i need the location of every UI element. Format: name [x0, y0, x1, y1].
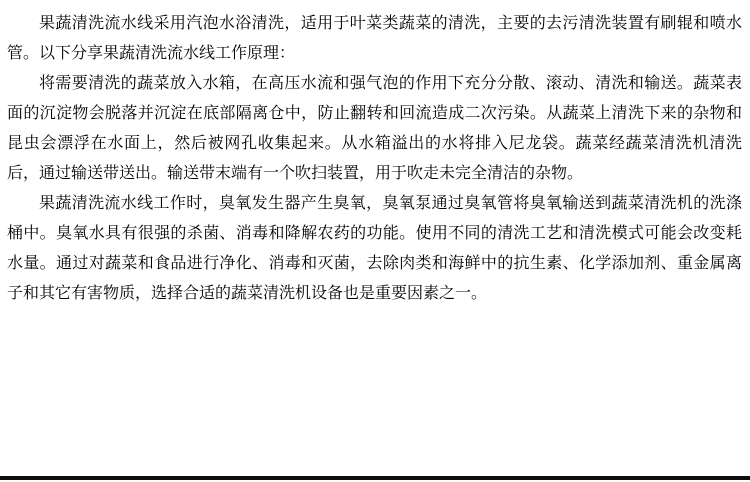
paragraph-ozone-disinfection: 果蔬清洗流水线工作时，臭氧发生器产生臭氧，臭氧泵通过臭氧管将臭氧输送到蔬菜清洗机… — [7, 188, 742, 308]
document-page: 果蔬清洗流水线采用汽泡水浴清洗，适用于叶菜类蔬菜的清洗，主要的去污清洗装置有刷辊… — [0, 0, 750, 482]
paragraph-intro: 果蔬清洗流水线采用汽泡水浴清洗，适用于叶菜类蔬菜的清洗，主要的去污清洗装置有刷辊… — [7, 8, 742, 68]
article-body: 果蔬清洗流水线采用汽泡水浴清洗，适用于叶菜类蔬菜的清洗，主要的去污清洗装置有刷辊… — [0, 0, 750, 308]
paragraph-working-principle: 将需要清洗的蔬菜放入水箱，在高压水流和强气泡的作用下充分分散、滚动、清洗和输送。… — [7, 68, 742, 188]
bottom-divider — [0, 476, 750, 480]
